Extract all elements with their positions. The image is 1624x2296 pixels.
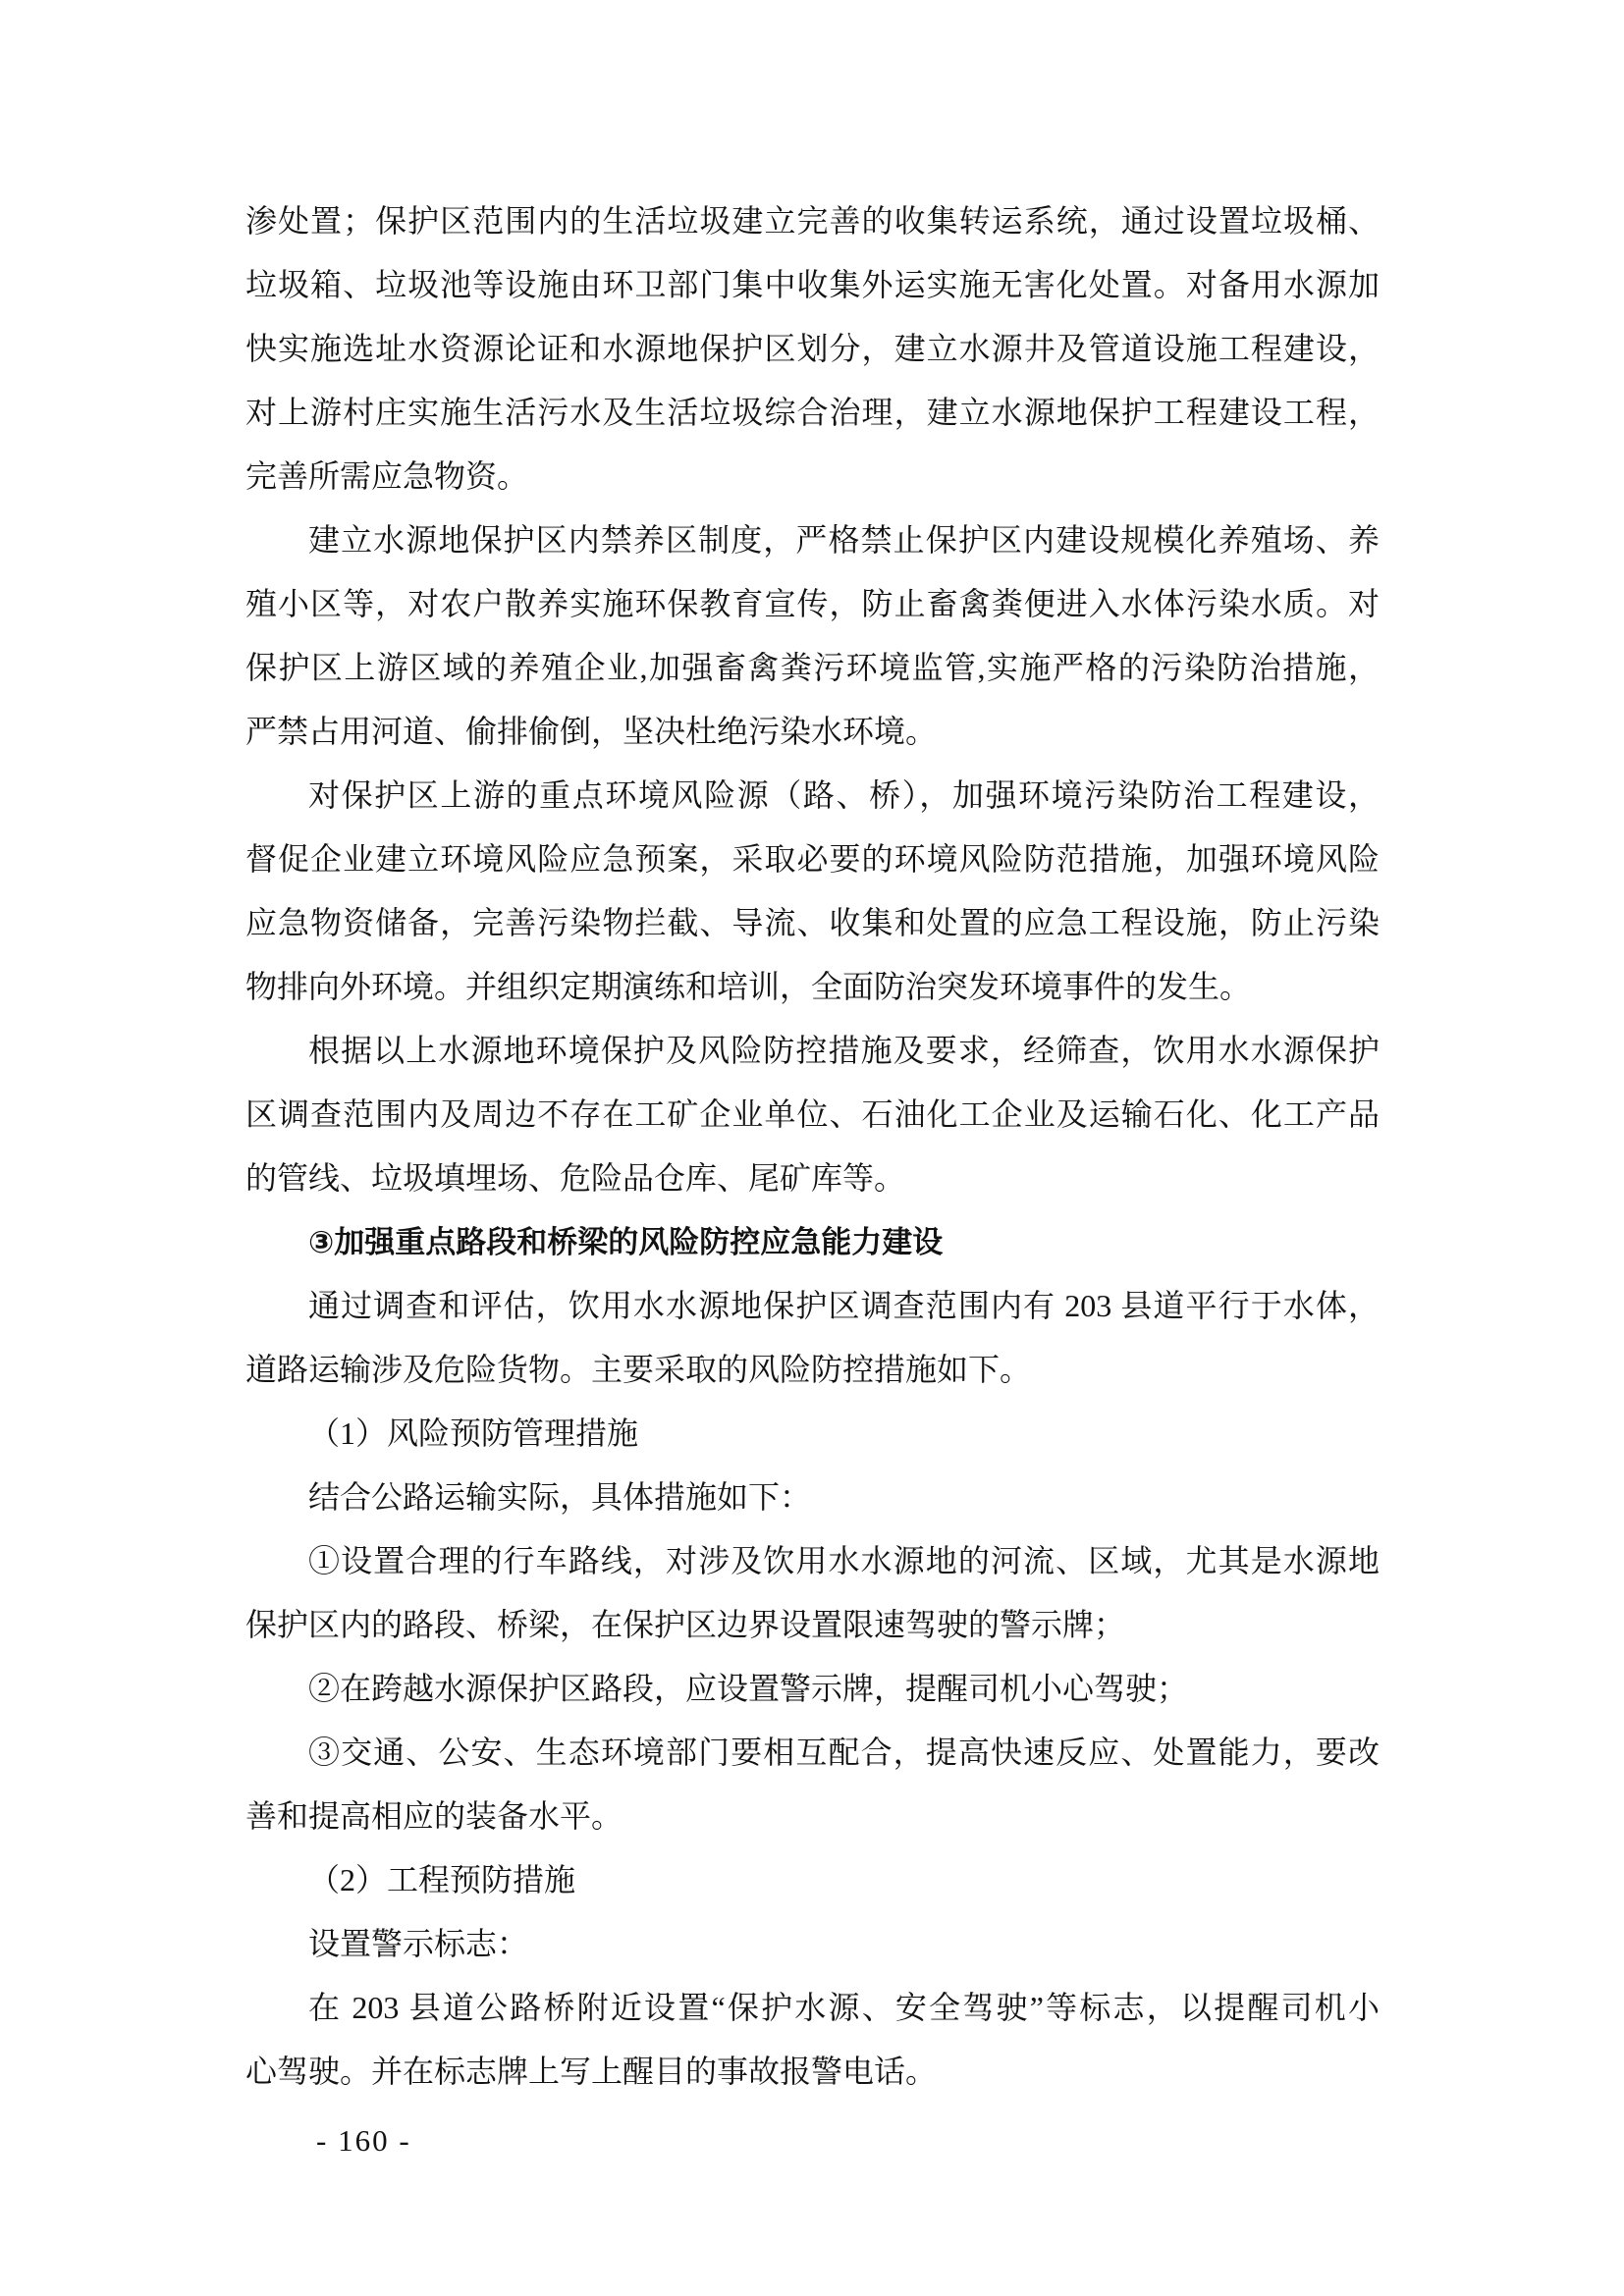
text-line: 渗处置；保护区范围内的生活垃圾建立完善的收集转运系统，通过设置垃圾桶、 — [245, 189, 1380, 253]
text-line: 物排向外环境。并组织定期演练和培训，全面防治突发环境事件的发生。 — [245, 955, 1380, 1019]
text-line: 完善所需应急物资。 — [245, 445, 1380, 508]
text-line: 快实施选址水资源论证和水源地保护区划分，建立水源井及管道设施工程建设， — [245, 317, 1380, 381]
text-line: ①设置合理的行车路线，对涉及饮用水水源地的河流、区域，尤其是水源地 — [245, 1529, 1380, 1593]
document-body: 渗处置；保护区范围内的生活垃圾建立完善的收集转运系统，通过设置垃圾桶、垃圾箱、垃… — [245, 189, 1380, 2104]
text-line: 区调查范围内及周边不存在工矿企业单位、石油化工企业及运输石化、化工产品 — [245, 1083, 1380, 1147]
text-line: 殖小区等，对农户散养实施环保教育宣传，防止畜禽粪便进入水体污染水质。对 — [245, 572, 1380, 636]
document-page: 渗处置；保护区范围内的生活垃圾建立完善的收集转运系统，通过设置垃圾桶、垃圾箱、垃… — [0, 0, 1624, 2296]
text-line: 通过调查和评估，饮用水水源地保护区调查范围内有 203 县道平行于水体， — [245, 1274, 1380, 1338]
text-line: 对保护区上游的重点环境风险源（路、桥），加强环境污染防治工程建设， — [245, 764, 1380, 828]
text-line: （1）风险预防管理措施 — [245, 1402, 1380, 1466]
text-line: 建立水源地保护区内禁养区制度，严格禁止保护区内建设规模化养殖场、养 — [245, 508, 1380, 572]
text-line: ③交通、公安、生态环境部门要相互配合，提高快速反应、处置能力，要改 — [245, 1721, 1380, 1785]
text-line: ②在跨越水源保护区路段，应设置警示牌，提醒司机小心驾驶； — [245, 1657, 1380, 1721]
text-line: （2）工程预防措施 — [245, 1848, 1380, 1912]
text-line: 督促企业建立环境风险应急预案，采取必要的环境风险防范措施，加强环境风险 — [245, 828, 1380, 891]
text-line: 严禁占用河道、偷排偷倒，坚决杜绝污染水环境。 — [245, 700, 1380, 764]
text-line: 垃圾箱、垃圾池等设施由环卫部门集中收集外运实施无害化处置。对备用水源加 — [245, 253, 1380, 317]
text-line: 道路运输涉及危险货物。主要采取的风险防控措施如下。 — [245, 1338, 1380, 1402]
text-line: 善和提高相应的装备水平。 — [245, 1785, 1380, 1848]
text-line: 保护区上游区域的养殖企业,加强畜禽粪污环境监管,实施严格的污染防治措施， — [245, 636, 1380, 700]
page-number: - 160 - — [316, 2109, 411, 2172]
text-line: 结合公路运输实际，具体措施如下： — [245, 1466, 1380, 1529]
text-line: 的管线、垃圾填埋场、危险品仓库、尾矿库等。 — [245, 1147, 1380, 1210]
text-line: 保护区内的路段、桥梁，在保护区边界设置限速驾驶的警示牌； — [245, 1593, 1380, 1657]
text-line: 对上游村庄实施生活污水及生活垃圾综合治理，建立水源地保护工程建设工程， — [245, 381, 1380, 445]
text-line: 应急物资储备，完善污染物拦截、导流、收集和处置的应急工程设施，防止污染 — [245, 891, 1380, 955]
text-line: 心驾驶。并在标志牌上写上醒目的事故报警电话。 — [245, 2040, 1380, 2104]
text-line: 根据以上水源地环境保护及风险防控措施及要求，经筛查，饮用水水源保护 — [245, 1019, 1380, 1083]
text-line: 设置警示标志： — [245, 1912, 1380, 1976]
text-line: 在 203 县道公路桥附近设置“保护水源、安全驾驶”等标志，以提醒司机小 — [245, 1976, 1380, 2040]
section-heading: ③加强重点路段和桥梁的风险防控应急能力建设 — [245, 1210, 1380, 1274]
